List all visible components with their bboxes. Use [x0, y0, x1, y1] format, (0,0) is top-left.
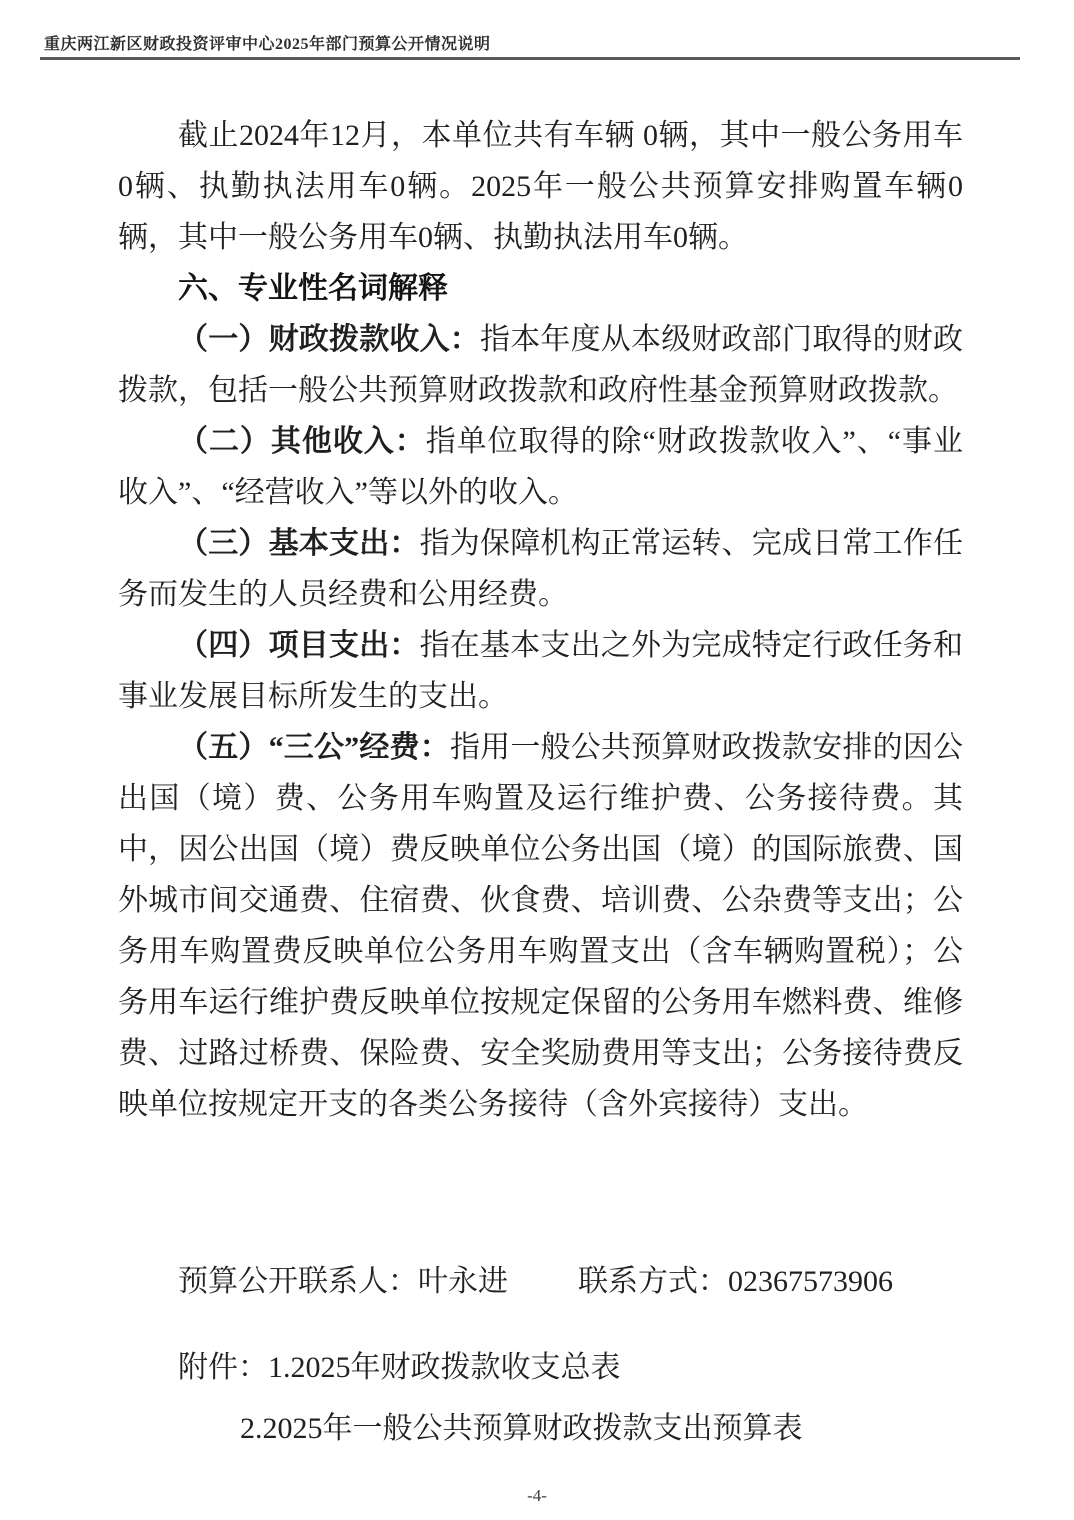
page-footer: -4-	[0, 1486, 1074, 1506]
document-page: 重庆两江新区财政投资评审中心2025年部门预算公开情况说明 截止2024年12月…	[0, 0, 1074, 1520]
attachment-line: 附件：1.2025年财政拨款收支总表	[118, 1342, 1018, 1393]
attachment-line: 2.2025年一般公共预算财政拨款支出预算表	[118, 1403, 1018, 1454]
contact-person-label: 预算公开联系人：	[178, 1265, 418, 1298]
intro-paragraph: 截止2024年12月，本单位共有车辆 0辆，其中一般公务用车0辆、执勤执法用车0…	[118, 110, 963, 263]
header-title: 重庆两江新区财政投资评审中心2025年部门预算公开情况说明	[44, 31, 491, 54]
contact-method-label: 联系方式：	[578, 1265, 728, 1298]
definition-label: （二）其他收入：	[178, 425, 426, 458]
definition-label: （一）财政拨款收入：	[178, 323, 480, 356]
document-body: 截止2024年12月，本单位共有车辆 0辆，其中一般公务用车0辆、执勤执法用车0…	[118, 110, 963, 1130]
attachments-label: 附件：	[178, 1351, 268, 1384]
contact-line: 预算公开联系人：叶永进联系方式：02367573906	[118, 1256, 1018, 1307]
attachment-item: 1.2025年财政拨款收支总表	[268, 1351, 621, 1384]
definition-paragraph: （三）基本支出：指为保障机构正常运转、完成日常工作任务而发生的人员经费和公用经费…	[118, 518, 963, 620]
definition-text: 指用一般公共预算财政拨款安排的因公出国（境）费、公务用车购置及运行维护费、公务接…	[118, 731, 963, 1121]
page-number: -4-	[527, 1486, 547, 1505]
definition-paragraph: （一）财政拨款收入：指本年度从本级财政部门取得的财政拨款，包括一般公共预算财政拨…	[118, 314, 963, 416]
definition-label: （四）项目支出：	[178, 629, 420, 662]
attachment-item: 2.2025年一般公共预算财政拨款支出预算表	[240, 1412, 803, 1445]
definition-label: （五）“三公”经费：	[178, 731, 450, 764]
section-heading: 六、专业性名词解释	[118, 263, 963, 314]
contact-phone: 02367573906	[728, 1265, 893, 1298]
definition-paragraph: （五）“三公”经费：指用一般公共预算财政拨款安排的因公出国（境）费、公务用车购置…	[118, 722, 963, 1130]
definition-paragraph: （二）其他收入：指单位取得的除“财政拨款收入”、“事业收入”、“经营收入”等以外…	[118, 416, 963, 518]
definition-paragraph: （四）项目支出：指在基本支出之外为完成特定行政任务和事业发展目标所发生的支出。	[118, 620, 963, 722]
contact-person-name: 叶永进	[418, 1265, 508, 1298]
header-rule	[40, 57, 1020, 60]
definition-label: （三）基本支出：	[178, 527, 420, 560]
attachments-block: 附件：1.2025年财政拨款收支总表 2.2025年一般公共预算财政拨款支出预算…	[118, 1342, 1018, 1454]
